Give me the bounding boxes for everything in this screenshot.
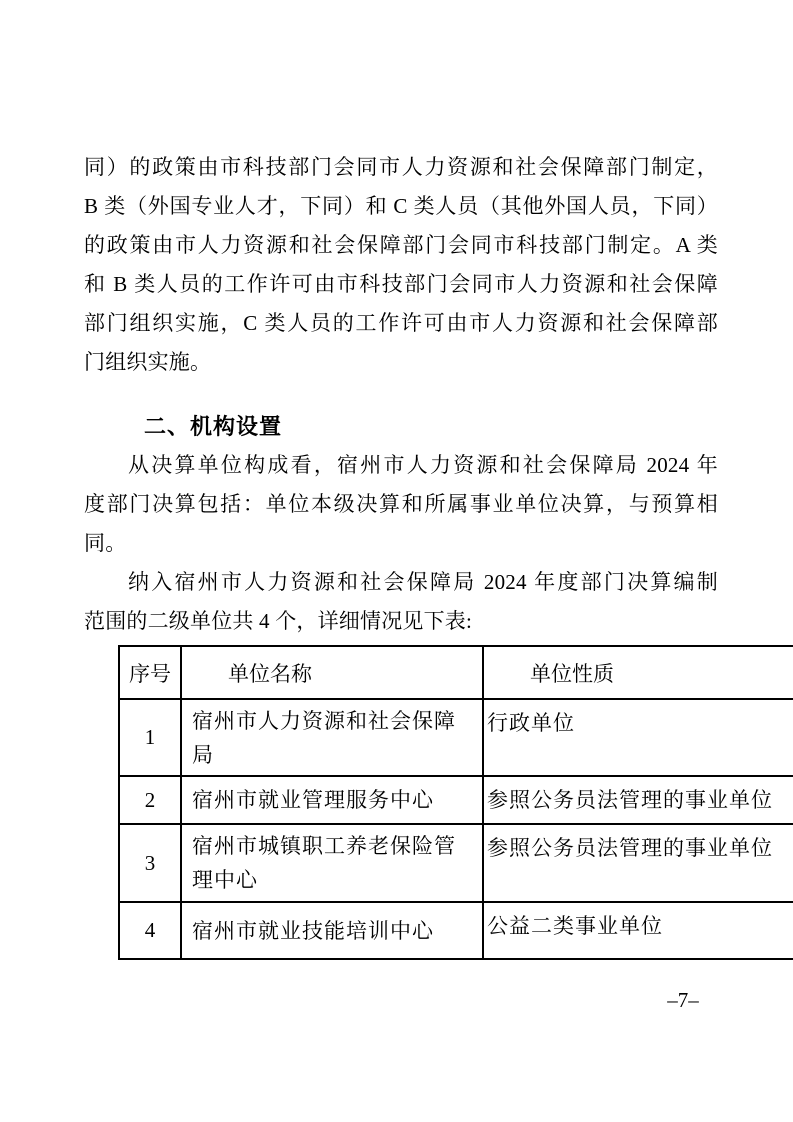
cell-unit-nature: 行政单位 bbox=[483, 699, 793, 776]
cell-unit-nature: 公益二类事业单位 bbox=[483, 902, 793, 959]
cell-serial-number: 2 bbox=[119, 776, 181, 824]
paragraph-continuation: 同）的政策由市科技部门会同市人力资源和社会保障部门制定， B 类（外国专业人才，… bbox=[84, 148, 718, 382]
cell-unit-name: 宿州市城镇职工养老保险管理中心 bbox=[181, 824, 483, 902]
text-line: B 类（外国专业人才，下同）和 C 类人员（其他外国人员，下同） bbox=[84, 187, 718, 226]
header-unit-name: 单位名称 bbox=[181, 646, 483, 699]
units-table: 序号 单位名称 单位性质 1 宿州市人力资源和社会保障局 行政单位 2 宿州市就… bbox=[118, 645, 793, 960]
text-line: 同。 bbox=[84, 524, 718, 563]
text-line: 范围的二级单位共 4 个，详细情况见下表: bbox=[84, 602, 718, 641]
table-row: 3 宿州市城镇职工养老保险管理中心 参照公务员法管理的事业单位 bbox=[119, 824, 793, 902]
table-row: 2 宿州市就业管理服务中心 参照公务员法管理的事业单位 bbox=[119, 776, 793, 824]
cell-unit-name: 宿州市就业技能培训中心 bbox=[181, 902, 483, 959]
table-row: 1 宿州市人力资源和社会保障局 行政单位 bbox=[119, 699, 793, 776]
header-serial-number: 序号 bbox=[119, 646, 181, 699]
document-page: 同）的政策由市科技部门会同市人力资源和社会保障部门制定， B 类（外国专业人才，… bbox=[0, 0, 793, 1122]
text-line: 门组织实施。 bbox=[84, 343, 718, 382]
text-line: 的政策由市人力资源和社会保障部门会同市科技部门制定。A 类 bbox=[84, 226, 718, 265]
table-header-row: 序号 单位名称 单位性质 bbox=[119, 646, 793, 699]
document-content: 同）的政策由市科技部门会同市人力资源和社会保障部门制定， B 类（外国专业人才，… bbox=[84, 148, 718, 960]
cell-serial-number: 1 bbox=[119, 699, 181, 776]
text-line: 部门组织实施，C 类人员的工作许可由市人力资源和社会保障部 bbox=[84, 304, 718, 343]
paragraph-units-intro: 纳入宿州市人力资源和社会保障局 2024 年度部门决算编制 范围的二级单位共 4… bbox=[84, 563, 718, 641]
table-row: 4 宿州市就业技能培训中心 公益二类事业单位 bbox=[119, 902, 793, 959]
cell-unit-name: 宿州市人力资源和社会保障局 bbox=[181, 699, 483, 776]
cell-unit-nature: 参照公务员法管理的事业单位 bbox=[483, 824, 793, 902]
cell-unit-name: 宿州市就业管理服务中心 bbox=[181, 776, 483, 824]
cell-serial-number: 4 bbox=[119, 902, 181, 959]
paragraph-budget-scope: 从决算单位构成看，宿州市人力资源和社会保障局 2024 年 度部门决算包括：单位… bbox=[84, 446, 718, 563]
text-line: 和 B 类人员的工作许可由市科技部门会同市人力资源和社会保障 bbox=[84, 265, 718, 304]
cell-unit-nature: 参照公务员法管理的事业单位 bbox=[483, 776, 793, 824]
header-unit-nature: 单位性质 bbox=[483, 646, 793, 699]
section-heading: 二、机构设置 bbox=[84, 407, 718, 446]
cell-serial-number: 3 bbox=[119, 824, 181, 902]
text-line: 度部门决算包括：单位本级决算和所属事业单位决算，与预算相 bbox=[84, 485, 718, 524]
text-line: 从决算单位构成看，宿州市人力资源和社会保障局 2024 年 bbox=[84, 446, 718, 485]
page-number: –7– bbox=[648, 986, 718, 1014]
text-line: 同）的政策由市科技部门会同市人力资源和社会保障部门制定， bbox=[84, 148, 718, 187]
text-line: 纳入宿州市人力资源和社会保障局 2024 年度部门决算编制 bbox=[84, 563, 718, 602]
